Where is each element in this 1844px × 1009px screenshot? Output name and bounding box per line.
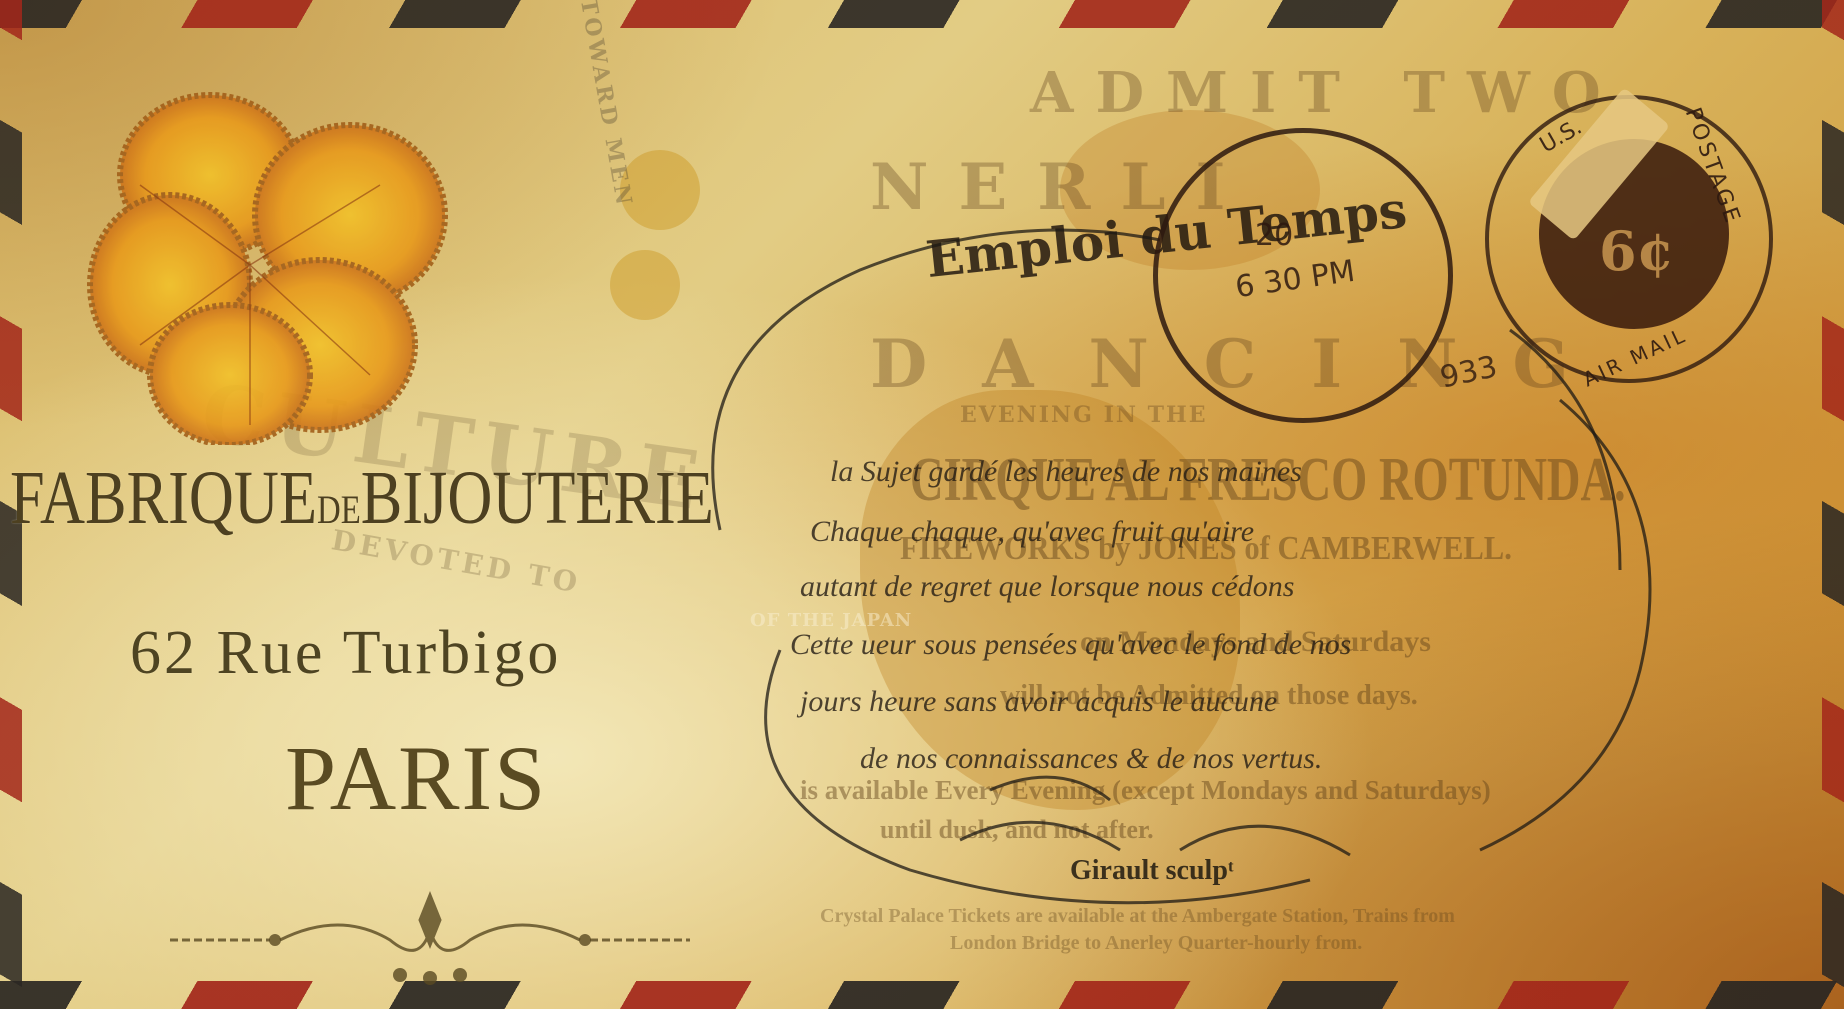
airmail-border-right	[1822, 0, 1844, 1009]
airmail-border-top	[0, 0, 1844, 28]
heading-word-fabrique: FABRIQUE	[10, 456, 317, 540]
stamp-value: 6¢	[1599, 219, 1674, 283]
heading-word-de: DE	[317, 487, 361, 532]
flourish-ornament	[160, 880, 700, 990]
postmark-date: 20	[1255, 218, 1293, 253]
airmail-stamp: POSTAGE AIR MAIL U.S. 6¢	[1485, 95, 1773, 383]
heading-fabrique: FABRIQUEDEBIJOUTERIE	[10, 455, 714, 542]
address-line: 62 Rue Turbigo	[130, 618, 561, 689]
city-paris: PARIS	[285, 725, 547, 831]
pressed-flower-image	[80, 85, 460, 445]
ticket-admit-two: ADMIT TWO	[1030, 60, 1623, 126]
bg-toward-text: TOWARD MEN	[575, 0, 637, 210]
